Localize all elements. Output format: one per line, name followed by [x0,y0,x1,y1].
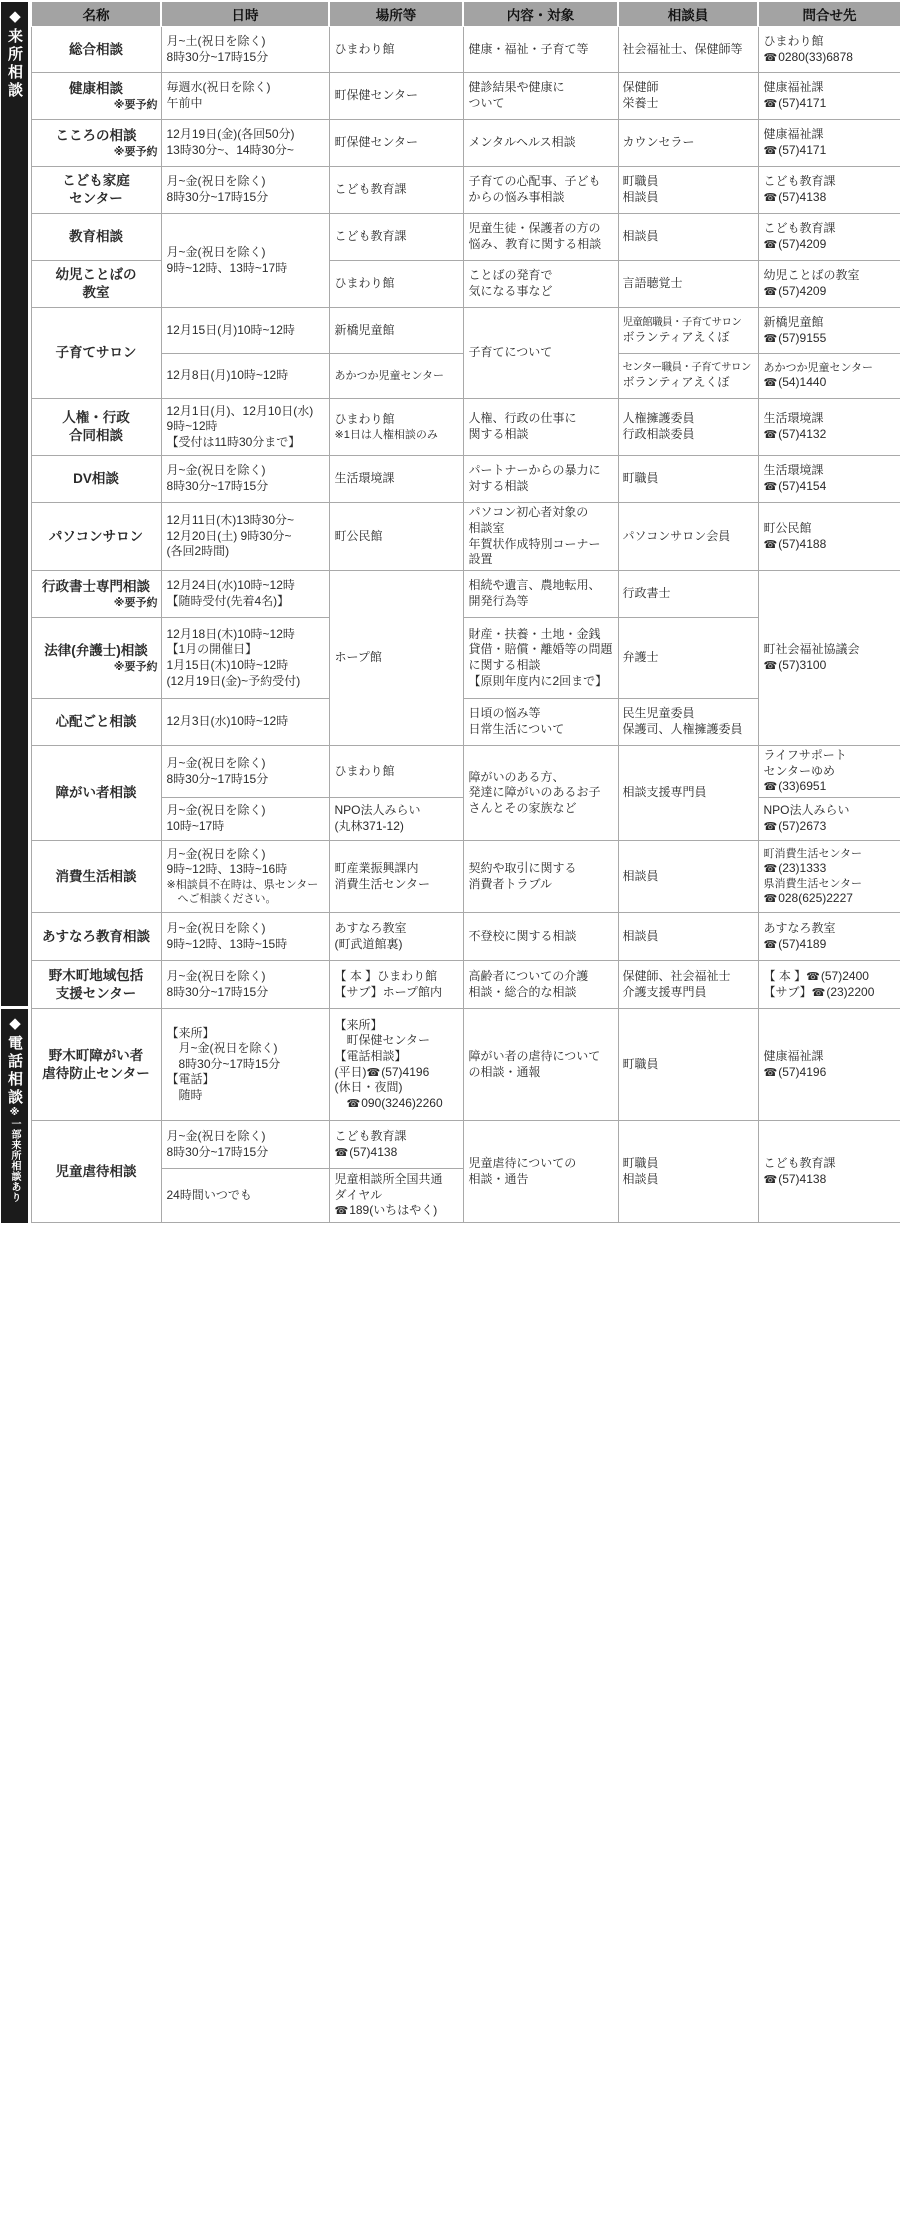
phone-number: (23)2200 [826,985,874,999]
cell-line: 児童虐待相談 [35,1163,158,1181]
cell-text: ※相談員不在時は、県センター [167,879,319,891]
cell-line: ついて [469,96,613,112]
cell-line: ボランティアえくぼ [623,375,754,391]
cell-text: 消費生活相談 [56,869,137,884]
cell-line: 人権擁護委員 [623,411,754,427]
cell-text: 月~金(祝日を除く) [167,847,266,861]
cell-line: 児童虐待についての [469,1156,613,1172]
cell-line: の相談・通報 [469,1065,613,1081]
cell-contact: 生活環境課☎(57)4154 [758,456,900,503]
column-header-contact: 問合せ先 [758,2,900,27]
cell-line: 【来所】 [167,1026,324,1042]
cell-line: ☎(57)4188 [764,537,896,553]
cell-line: 月~金(祝日を除く) [167,1129,324,1145]
cell-line: 随時 [167,1088,324,1104]
phone-number: (57)3100 [778,658,826,672]
cell-text: (休日・夜間) [335,1080,403,1094]
cell-text: 行政書士 [623,586,671,600]
cell-text: 障がい者相談 [56,785,137,800]
cell-text: 相談員 [623,869,659,883]
cell-line: 9時~12時、13時~17時 [167,261,324,277]
cell-line: 【随時受付(先着4名)】 [167,594,324,610]
cell-text: 随時 [167,1088,203,1102]
cell-line: 言語聴覚士 [623,276,754,292]
cell-line: 財産・扶養・土地・金銭 [469,627,613,643]
cell-text: 行政相談委員 [623,427,695,441]
cell-line: パートナーからの暴力に [469,463,613,479]
cell-counselor: センター職員・子育てサロンボランティアえくぼ [618,354,758,399]
cell-line: 12月18日(木)10時~12時 [167,627,324,643]
cell-text: メンタルヘルス相談 [469,135,576,149]
phone-icon: ☎ [764,1067,778,1079]
cell-text: 民生児童委員 [623,706,695,720]
cell-text: 契約や取引に関する [469,861,577,875]
cell-text: 合同相談 [69,428,123,443]
cell-line: 相談員 [623,929,754,945]
cell-text: カウンセラー [623,135,695,149]
cell-line: NPO法人みらい [335,803,458,819]
cell-line: 12月20日(土) 9時30分~ [167,529,324,545]
cell-line: あかつか児童センター [764,361,896,375]
cell-line: ひまわり館 [335,276,458,292]
cell-datetime: 毎週水(祝日を除く)午前中 [161,73,329,120]
cell-text: こども教育課 [335,182,407,196]
cell-line: ※要予約 [35,145,158,159]
cell-text: 相談支援専門員 [623,785,707,799]
cell-line: 月~金(祝日を除く) [167,463,324,479]
cell-line: 町保健センター [335,1033,458,1049]
cell-line: 8時30分~17時15分 [167,50,324,66]
cell-line: 12月8日(月)10時~12時 [167,368,324,384]
cell-text: 9時~12時、13時~17時 [167,261,288,275]
table-row: こども家庭センター月~金(祝日を除く)8時30分~17時15分こども教育課子育て… [31,167,900,214]
cell-text: センター [69,191,122,206]
cell-text: 9時~12時 [167,419,218,433]
table-row: パソコンサロン12月11日(木)13時30分~12月20日(土) 9時30分~(… [31,503,900,571]
cell-line: ひまわり館 [335,412,458,428]
cell-line: ボランティアえくぼ [623,330,754,346]
cell-text: 行政書士専門相談 [42,579,150,594]
cell-line: 8時30分~17時15分 [167,1145,324,1161]
cell-text: ※要予約 [114,99,158,111]
cell-line: NPO法人みらい [764,803,896,819]
cell-text: 9時~12時、13時~16時 [167,862,288,876]
cell-text: 悩み、教育に関する相談 [469,237,602,251]
cell-name: 幼児ことばの教室 [31,261,161,308]
cell-text: 弁護士 [623,650,659,664]
cell-line: 行政相談委員 [623,427,754,443]
sidebar-phone-note: ※一部来所相談あり [9,1107,20,1203]
cell-text: ※要予約 [114,661,158,673]
cell-text: 月~土(祝日を除く) [167,34,266,48]
cell-text: 児童虐待相談 [56,1164,137,1179]
cell-content: ことばの発育で気になる事など [463,261,618,308]
cell-name: こども家庭センター [31,167,161,214]
column-header-place: 場所等 [329,2,463,27]
cell-text: 支援センター [56,986,136,1001]
cell-line: 9時~12時、13時~16時 [167,862,324,878]
cell-name: DV相談 [31,456,161,503]
cell-text: 日頃の悩み等 [469,706,541,720]
cell-line: 相談支援専門員 [623,785,754,801]
cell-line: 教育相談 [35,228,158,246]
phone-icon: ☎ [764,893,778,905]
cell-contact: 【 本 】☎(57)2400【サブ】☎(23)2200 [758,961,900,1009]
cell-text: 13時30分~、14時30分~ [167,143,294,157]
cell-counselor: 町職員相談員 [618,167,758,214]
cell-text: 児童館職員・子育てサロン [623,316,742,328]
cell-text: こども教育課 [335,229,407,243]
cell-line: 日常生活について [469,722,613,738]
phone-number: (57)4138 [349,1145,397,1159]
cell-name: 健康相談※要予約 [31,73,161,120]
cell-line: 8時30分~17時15分 [167,479,324,495]
phone-icon: ☎ [812,987,826,999]
cell-line: ☎(57)4209 [764,284,896,300]
phone-number: (33)6951 [778,779,826,793]
cell-datetime: 月~金(祝日を除く)8時30分~17時15分 [161,167,329,214]
header-row: 名称日時場所等内容・対象相談員問合せ先 [31,2,900,27]
cell-text: 12月15日(月)10時~12時 [167,323,295,337]
cell-place: ひまわり館※1日は人権相談のみ [329,399,463,456]
cell-text: パートナーからの暴力に [469,463,601,477]
cell-text: (12月19日(金)~予約受付) [167,674,301,688]
cell-place: ホープ館 [329,571,463,746]
cell-text: 町社会福祉協議会 [764,642,860,656]
cell-text: 【サブ】ホープ館内 [335,985,443,999]
cell-text: 【サブ】 [764,985,812,999]
cell-text: センター職員・子育てサロン [623,361,751,373]
cell-text: 貸借・賠償・離婚等の問題 [469,642,613,656]
sidebar: ◆来所相談 ◆電話相談※一部来所相談あり [1,2,28,1223]
cell-line: 設置 [469,552,613,568]
cell-line: 月~金(祝日を除く) [167,756,324,772]
cell-line: 町保健センター [335,135,458,151]
table-row: 消費生活相談月~金(祝日を除く)9時~12時、13時~16時※相談員不在時は、県… [31,841,900,913]
cell-text: 生活環境課 [764,411,824,425]
cell-line: 野木町障がい者 [35,1047,158,1065]
cell-line: 【サブ】ホープ館内 [335,985,458,1001]
cell-line: 栄養士 [623,96,754,112]
cell-datetime: 12月19日(金)(各回50分)13時30分~、14時30分~ [161,120,329,167]
cell-text: 月~金(祝日を除く) [167,756,266,770]
cell-text: 健康福祉課 [764,80,824,94]
cell-text: 保護司、人権擁護委員 [623,722,743,736]
cell-counselor: カウンセラー [618,120,758,167]
cell-text: 【原則年度内に2回まで】 [469,674,608,688]
cell-line: あすなろ教室 [335,921,458,937]
cell-text: 人権擁護委員 [623,411,695,425]
cell-datetime: 12月24日(水)10時~12時【随時受付(先着4名)】 [161,571,329,618]
cell-line: からの悩み事相談 [469,190,613,206]
cell-line: 【原則年度内に2回まで】 [469,674,613,690]
cell-text: 町保健センター [335,135,419,149]
cell-line: 保護司、人権擁護委員 [623,722,754,738]
cell-place: 児童相談所全国共通ダイヤル☎189(いちはやく) [329,1169,463,1223]
cell-text: 幼児ことばの教室 [764,268,860,282]
cell-line: 新橋児童館 [335,323,458,339]
cell-line: 【電話相談】 [335,1049,458,1065]
cell-text: ボランティアえくぼ [623,375,730,389]
cell-text: 町保健センター [335,88,419,102]
cell-line: 民生児童委員 [623,706,754,722]
cell-text: ライフサポート [764,748,847,762]
cell-line: へご相談ください。 [167,892,324,906]
table-row: あすなろ教育相談月~金(祝日を除く)9時~12時、13時~15時あすなろ教室(町… [31,913,900,961]
cell-text: 町職員 [623,471,659,485]
cell-text: こども教育課 [764,221,836,235]
cell-name: あすなろ教育相談 [31,913,161,961]
cell-text: へご相談ください。 [167,893,277,905]
cell-name: 野木町障がい者虐待防止センター [31,1009,161,1121]
phone-number: (57)4138 [778,1172,826,1186]
phone-number: (57)4209 [778,284,826,298]
cell-line: 幼児ことばの [35,266,158,284]
cell-datetime: 月~金(祝日を除く)9時~12時、13時~15時 [161,913,329,961]
cell-line: 月~金(祝日を除く) [167,803,324,819]
cell-text: 子育てサロン [56,345,137,360]
cell-line: (町武道館裏) [335,937,458,953]
cell-text: 健康相談 [69,81,123,96]
cell-text: 障がいのある方、 [469,770,565,784]
cell-text: 12月8日(月)10時~12時 [167,368,289,382]
cell-contact: 町社会福祉協議会☎(57)3100 [758,571,900,746]
cell-text: 町職員 [623,1057,659,1071]
cell-text: 相談員 [623,229,659,243]
cell-text: こころの相談 [56,128,137,143]
cell-place: ひまわり館 [329,746,463,798]
cell-datetime: 【来所】 月~金(祝日を除く) 8時30分~17時15分【電話】 随時 [161,1009,329,1121]
cell-text: 8時30分~17時15分 [167,479,269,493]
cell-text: 日常生活について [469,722,565,736]
cell-text: あかつか児童センター [764,362,874,374]
cell-name: 消費生活相談 [31,841,161,913]
cell-line: 虐待防止センター [35,1065,158,1083]
cell-line: ひまわり館 [335,764,458,780]
cell-text: 12月19日(金)(各回50分) [167,127,295,141]
cell-text: 【随時受付(先着4名)】 [167,594,290,608]
cell-text: 相談・通告 [469,1172,529,1186]
cell-line: こども家庭 [35,172,158,190]
cell-line: 月~金(祝日を除く) [167,245,324,261]
cell-name: 人権・行政合同相談 [31,399,161,456]
cell-line: 相談室 [469,521,613,537]
phone-number: (57)9155 [778,331,826,345]
cell-datetime: 月~金(祝日を除く)9時~12時、13時~17時 [161,214,329,308]
cell-line: ※要予約 [35,596,158,610]
cell-place: 【来所】 町保健センター【電話相談】(平日)☎(57)4196(休日・夜間) ☎… [329,1009,463,1121]
phone-number: 0280(33)6878 [778,50,853,64]
cell-content: 障がい者の虐待についての相談・通報 [463,1009,618,1121]
cell-text: 相続や遺言、農地転用、 [469,578,601,592]
cell-text: (町武道館裏) [335,937,403,951]
cell-text: 12月11日(木)13時30分~ [167,513,295,527]
cell-place: 町産業振興課内消費生活センター [329,841,463,913]
cell-line: メンタルヘルス相談 [469,135,613,151]
cell-name: 法律(弁護士)相談※要予約 [31,618,161,699]
cell-line: 貸借・賠償・離婚等の問題 [469,642,613,658]
cell-line: に関する相談 [469,658,613,674]
cell-content: パソコン初心者対象の相談室年賀状作成特別コーナー設置 [463,503,618,571]
cell-text: 設置 [469,552,493,566]
cell-text: 8時30分~17時15分 [167,50,269,64]
cell-text: 月~金(祝日を除く) [167,1041,278,1055]
cell-contact: 町公民館☎(57)4188 [758,503,900,571]
cell-text: 町職員 [623,1156,659,1170]
cell-datetime: 月~金(祝日を除く)8時30分~17時15分 [161,961,329,1009]
cell-counselor: 言語聴覚士 [618,261,758,308]
cell-line: 【 本 】☎(57)2400 [764,969,896,985]
cell-text: 【1月の開催日】 [167,642,258,656]
cell-text: 月~金(祝日を除く) [167,463,266,477]
cell-line: 障がい者相談 [35,784,158,802]
cell-name: 子育てサロン [31,308,161,399]
cell-text: の相談・通報 [469,1065,541,1079]
cell-content: 人権、行政の仕事に関する相談 [463,399,618,456]
cell-line: (各回2時間) [167,544,324,560]
cell-text: 健康福祉課 [764,127,824,141]
cell-line: ☎(57)4196 [764,1065,896,1081]
cell-text: 障がい者の虐待について [469,1049,601,1063]
cell-line: ☎(57)4138 [764,190,896,206]
cell-line: ☎(57)3100 [764,658,896,674]
cell-text: 県消費生活センター [764,878,863,890]
cell-text: 月~金(祝日を除く) [167,803,266,817]
cell-line: 児童生徒・保護者の方の [469,221,613,237]
cell-line: 9時~12時 [167,419,324,435]
cell-line: ※要予約 [35,98,158,112]
cell-text: 【来所】 [167,1026,215,1040]
cell-line: あすなろ教育相談 [35,928,158,946]
page: ◆来所相談 ◆電話相談※一部来所相談あり 名称日時場所等内容・対象相談員問合せ先… [0,0,900,1227]
phone-icon: ☎ [764,939,778,951]
cell-line: 障がい者の虐待について [469,1049,613,1065]
cell-content: 子育てについて [463,308,618,399]
cell-text: ひまわり館 [335,764,395,778]
cell-place: ひまわり館 [329,27,463,73]
cell-line: 月~金(祝日を除く) [167,847,324,863]
cell-line: 障がいのある方、 [469,770,613,786]
cell-line: 消費生活相談 [35,868,158,886]
table-row: こころの相談※要予約12月19日(金)(各回50分)13時30分~、14時30分… [31,120,900,167]
cell-text: 発達に障がいのあるお子 [469,785,601,799]
cell-content: 高齢者についての介護相談・総合的な相談 [463,961,618,1009]
cell-text: ホープ館 [335,650,382,664]
cell-line: 健康・福祉・子育て等 [469,42,613,58]
cell-line: 総合相談 [35,41,158,59]
column-header-dt: 日時 [161,2,329,27]
phone-icon: ☎ [764,239,778,251]
cell-line: 人権、行政の仕事に [469,411,613,427]
cell-text: 12月20日(土) 9時30分~ [167,529,292,543]
sidebar-section-visit: ◆来所相談 [1,2,28,1006]
cell-line: カウンセラー [623,135,754,151]
table-row: 子育てサロン12月15日(月)10時~12時新橋児童館子育てについて児童館職員・… [31,308,900,354]
cell-counselor: 社会福祉士、保健師等 [618,27,758,73]
cell-line: 【 本 】ひまわり館 [335,969,458,985]
cell-text: 財産・扶養・土地・金銭 [469,627,601,641]
cell-line: ☎(57)4189 [764,937,896,953]
cell-text: 町消費生活センター [764,848,863,860]
cell-line: ☎0280(33)6878 [764,50,896,66]
cell-datetime: 月~金(祝日を除く)10時~17時 [161,798,329,841]
cell-text: 12月18日(木)10時~12時 [167,627,295,641]
cell-counselor: 町職員相談員 [618,1121,758,1223]
table-row: 教育相談月~金(祝日を除く)9時~12時、13時~17時こども教育課児童生徒・保… [31,214,900,261]
cell-line: 月~金(祝日を除く) [167,969,324,985]
cell-datetime: 12月3日(水)10時~12時 [161,699,329,746]
cell-line: 町職員 [623,174,754,190]
cell-content: パートナーからの暴力に対する相談 [463,456,618,503]
phone-number: (57)4196 [381,1065,429,1079]
cell-line: 1月15日(木)10時~12時 [167,658,324,674]
cell-datetime: 12月8日(月)10時~12時 [161,354,329,399]
cell-text: からの悩み事相談 [469,190,565,204]
cell-name: 野木町地域包括支援センター [31,961,161,1009]
cell-line: 町消費生活センター [764,847,896,861]
consultation-table: 名称日時場所等内容・対象相談員問合せ先 総合相談月~土(祝日を除く)8時30分~… [30,2,900,1223]
cell-line: 年賀状作成特別コーナー [469,537,613,553]
cell-place: 【 本 】ひまわり館【サブ】ホープ館内 [329,961,463,1009]
cell-text: ※要予約 [114,597,158,609]
cell-text: パソコン初心者対象の [469,505,589,519]
phone-icon: ☎ [764,52,778,64]
cell-line: ※相談員不在時は、県センター [167,878,324,892]
cell-line: 健康相談 [35,80,158,98]
cell-text: 相談・総合的な相談 [469,985,577,999]
table-row: DV相談月~金(祝日を除く)8時30分~17時15分生活環境課パートナーからの暴… [31,456,900,503]
cell-line: センター職員・子育てサロン [623,361,754,375]
cell-line: 健康福祉課 [764,80,896,96]
cell-text: NPO法人みらい [764,803,850,817]
cell-text: 【電話相談】 [335,1049,407,1063]
cell-text: ひまわり館 [335,412,395,426]
cell-line: 消費生活センター [335,877,458,893]
phone-number: (57)2400 [821,969,869,983]
phone-icon: ☎ [764,481,778,493]
cell-line: パソコンサロン会員 [623,529,754,545]
cell-text: 新橋児童館 [335,323,395,337]
cell-line: 消費者トラブル [469,877,613,893]
cell-line: 午前中 [167,96,324,112]
cell-place: 生活環境課 [329,456,463,503]
cell-text: あすなろ教室 [335,921,407,935]
phone-number: (57)4171 [778,143,826,157]
cell-line: こども教育課 [764,174,896,190]
cell-text: (丸林371-12) [335,819,404,833]
cell-line: パソコンサロン [35,528,158,546]
cell-counselor: パソコンサロン会員 [618,503,758,571]
cell-contact: こども教育課☎(57)4138 [758,167,900,214]
cell-text: 保健師、社会福祉士 [623,969,731,983]
cell-name: こころの相談※要予約 [31,120,161,167]
cell-counselor: 町職員 [618,456,758,503]
cell-line: 毎週水(祝日を除く) [167,80,324,96]
cell-place: 新橋児童館 [329,308,463,354]
phone-number: 028(625)2227 [778,891,853,905]
cell-line: 12月1日(月)、12月10日(水) [167,404,324,420]
phone-icon: ☎ [764,1174,778,1186]
table-row: 障がい者相談月~金(祝日を除く)8時30分~17時15分ひまわり館障がいのある方… [31,746,900,798]
cell-contact: こども教育課☎(57)4209 [758,214,900,261]
cell-line: ホープ館 [335,650,458,666]
cell-datetime: 12月11日(木)13時30分~12月20日(土) 9時30分~(各回2時間) [161,503,329,571]
cell-datetime: 月~金(祝日を除く)8時30分~17時15分 [161,1121,329,1169]
cell-line: 幼児ことばの教室 [764,268,896,284]
cell-line: 町公民館 [335,529,458,545]
phone-number: (57)4196 [778,1065,826,1079]
cell-line: 12月19日(金)(各回50分) [167,127,324,143]
